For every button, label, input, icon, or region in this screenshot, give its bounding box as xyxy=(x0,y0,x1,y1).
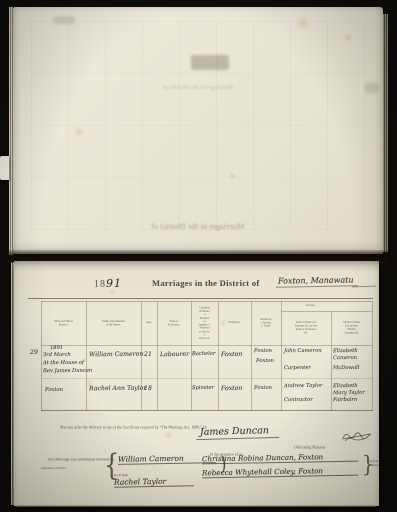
fox-stain xyxy=(164,431,173,439)
bride-mother-maiden: Fairbairn xyxy=(333,397,357,404)
page-stack-edge-right xyxy=(383,14,388,252)
entry-when-date: 3rd March xyxy=(43,352,71,359)
minister-signature: James Duncan xyxy=(196,425,279,440)
entry-where-line3: Foxton xyxy=(45,387,63,394)
fox-stain xyxy=(228,172,237,180)
bride-name: Rachel Ann Taylor xyxy=(89,385,147,393)
parties-small-label: Signatures of Parties. xyxy=(41,457,99,476)
entry-where-line1: At the House of xyxy=(43,360,84,367)
table-rule xyxy=(41,345,373,346)
column-header-residence: Residence. 1. Present. 2. Usual. xyxy=(251,301,281,345)
witness-signature-2: Rebecca Whytehall Coley, Foxton xyxy=(202,467,360,478)
fox-stain xyxy=(343,33,353,42)
entry-number: 29 xyxy=(30,349,38,357)
groom-mother-maiden: McDowall xyxy=(333,365,359,372)
bride-father-name: Andrew Taylor xyxy=(284,383,322,390)
groom-birthplace: Foxton xyxy=(221,351,242,359)
certificate-statement: Married, after the delivery to me of the… xyxy=(60,417,320,435)
ink-smudge xyxy=(365,83,379,93)
page-bottom-edge xyxy=(16,505,376,507)
bride-father-rank: Contractor xyxy=(284,397,313,404)
flourish-line xyxy=(352,286,376,288)
fox-stain xyxy=(84,379,94,388)
groom-rank: Labourer xyxy=(160,351,189,359)
year-printed: 18 xyxy=(94,279,106,290)
witnesses-small-label: Signatures and Residences of Witnesses. xyxy=(369,458,379,477)
top-page: Marriages in the District of Marriages i… xyxy=(13,7,383,254)
index-tab xyxy=(0,156,9,180)
fox-stain xyxy=(73,127,85,137)
fox-stain xyxy=(109,289,116,296)
register-table: When and Where Married. Names and Surnam… xyxy=(28,301,373,411)
column-header-names: Names and Surnames of the Parties. xyxy=(86,301,141,345)
groom-mother-name: Elizabeth Cameron xyxy=(333,348,373,361)
her-mark-note: her ✗ mark xyxy=(114,474,128,478)
column-header-rank: Rank or Profession. xyxy=(157,301,191,345)
fox-stain xyxy=(219,319,227,326)
page-heading: 1891 Marriages in the District of Foxton… xyxy=(14,275,379,295)
bleedthrough-title: Marriages in the District of xyxy=(73,222,323,231)
heading-rule xyxy=(28,298,373,299)
bride-birthplace: Foxton xyxy=(221,385,242,393)
column-header-when-where: When and Where Married. xyxy=(41,301,86,345)
table-rule xyxy=(41,410,373,411)
groom-residence-usual: Foxton xyxy=(256,358,274,365)
district-name: Foxton, Manawatu xyxy=(276,275,358,287)
groom-name: William Cameron xyxy=(89,351,143,359)
groom-father-name: John Cameron xyxy=(284,348,322,355)
bleedthrough-line: Marriages in the District of xyxy=(93,85,303,91)
bride-condition: Spinster xyxy=(192,385,214,392)
column-header-mother: Mother's Name (3), and her Maiden Surnam… xyxy=(331,311,372,345)
bride-residence-present: Foxton xyxy=(254,385,272,392)
ink-smudge xyxy=(191,55,229,70)
minister-designation-scribble xyxy=(342,430,372,444)
groom-father-rank: Carpenter xyxy=(284,365,311,372)
column-header-ages: Ages. xyxy=(141,301,157,345)
page-title: Marriages in the District of xyxy=(152,278,260,288)
column-header-condition: Condition of Parties. 1. Bachelor or Spi… xyxy=(191,301,218,345)
witness-signature-1: Christina Robina Duncan, Foxton xyxy=(202,453,360,464)
column-header-father: Father's Name and Surname (1), and his R… xyxy=(281,311,331,345)
year: 1891 xyxy=(94,277,122,290)
entry-where-line2: Rev James Duncan xyxy=(43,368,92,375)
bride-mother-name: Elizabeth Mary Taylor xyxy=(333,383,373,396)
register-page: 1891 Marriages in the District of Foxton… xyxy=(14,261,379,506)
year-handwritten: 91 xyxy=(106,277,122,290)
ink-smudge xyxy=(53,16,75,24)
groom-residence-present: Foxton xyxy=(254,348,272,355)
groom-condition: Bachelor xyxy=(192,351,216,358)
fox-stain xyxy=(295,17,311,29)
groom-age: 21 xyxy=(144,351,152,359)
bleedthrough-grid xyxy=(31,21,365,230)
register-photo: Marriages in the District of Marriages i… xyxy=(0,0,397,512)
bride-age: 18 xyxy=(144,385,152,393)
entry-when-year: 1891 xyxy=(50,345,63,352)
